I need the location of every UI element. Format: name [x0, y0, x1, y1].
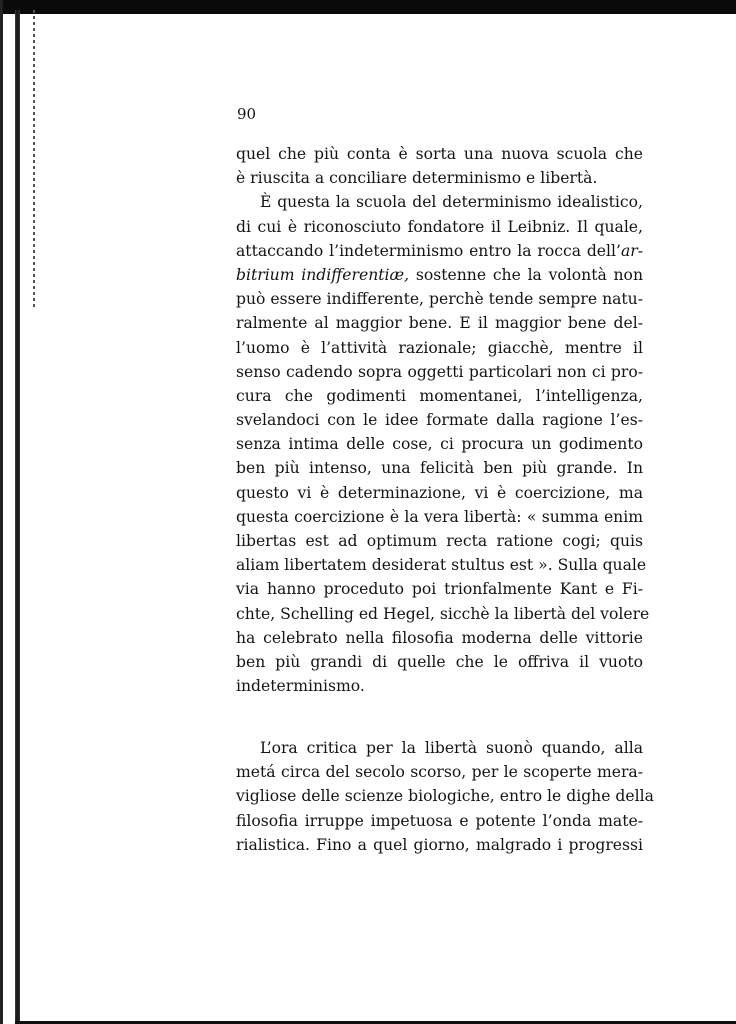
- text-line: ben più grandi di quelle che le offriva …: [236, 650, 643, 674]
- text-line: senso cadendo sopra oggetti particolari …: [236, 360, 643, 384]
- text-line: via hanno proceduto poi trionfalmente Ka…: [236, 577, 643, 601]
- text-line: È questa la scuola del determinismo idea…: [236, 190, 643, 214]
- text-line: chte, Schelling ed Hegel, sicchè la libe…: [236, 602, 643, 626]
- text-line: rialistica. Fino a quel giorno, malgrado…: [236, 833, 643, 857]
- text-line: questa coercizione è la vera libertà: « …: [236, 505, 643, 529]
- text-line: filosofia irruppe impetuosa e potente l’…: [236, 809, 643, 833]
- text-line: libertas est ad optimum recta ratione co…: [236, 529, 643, 553]
- text-fragment: sostenne che la volontà non: [416, 266, 643, 284]
- text-line: ralmente al maggior bene. E il maggior b…: [236, 311, 643, 335]
- text-line: può essere indifferente, perchè tende se…: [236, 287, 643, 311]
- scan-binding-dotted-line: [33, 10, 35, 310]
- page-number: 90: [237, 104, 256, 124]
- text-line: aliam libertatem desiderat stultus est »…: [236, 553, 643, 577]
- scan-top-border: [0, 0, 736, 14]
- paragraph-1: quel che più conta è sorta una nuova scu…: [236, 142, 643, 698]
- italic-latin-fragment: bitrium indifferentiæ,: [236, 266, 409, 284]
- text-fragment: attaccando l’indeterminismo entro la roc…: [236, 242, 621, 260]
- text-line: L’ora critica per la libertà suonò quand…: [236, 736, 643, 760]
- paragraph-2: L’ora critica per la libertà suonò quand…: [236, 736, 643, 857]
- italic-latin-fragment: ar-: [621, 242, 643, 260]
- text-line-with-italic: bitrium indifferentiæ, sostenne che la v…: [236, 263, 643, 287]
- text-line: senza intima delle cose, ci procura un g…: [236, 432, 643, 456]
- scan-binding-line: [15, 10, 20, 1024]
- text-line: di cui è riconosciuto fondatore il Leibn…: [236, 215, 643, 239]
- text-line: quel che più conta è sorta una nuova scu…: [236, 142, 643, 166]
- text-line: ben più intenso, una felicità ben più gr…: [236, 456, 643, 480]
- text-line: svelandoci con le idee formate dalla rag…: [236, 408, 643, 432]
- text-line-with-italic: attaccando l’indeterminismo entro la roc…: [236, 239, 643, 263]
- text-line: questo vi è determinazione, vi è coerciz…: [236, 481, 643, 505]
- text-line: ha celebrato nella filosofia moderna del…: [236, 626, 643, 650]
- text-line: è riuscita a conciliare determinismo e l…: [236, 166, 643, 190]
- scan-binding-edge: [0, 0, 3, 1024]
- text-line: vigliose delle scienze biologiche, entro…: [236, 784, 643, 808]
- text-line: l’uomo è l’attività razionale; giacchè, …: [236, 336, 643, 360]
- text-line: indeterminismo.: [236, 674, 643, 698]
- text-line: cura che godimenti momentanei, l’intelli…: [236, 384, 643, 408]
- text-line: metá circa del secolo scorso, per le sco…: [236, 760, 643, 784]
